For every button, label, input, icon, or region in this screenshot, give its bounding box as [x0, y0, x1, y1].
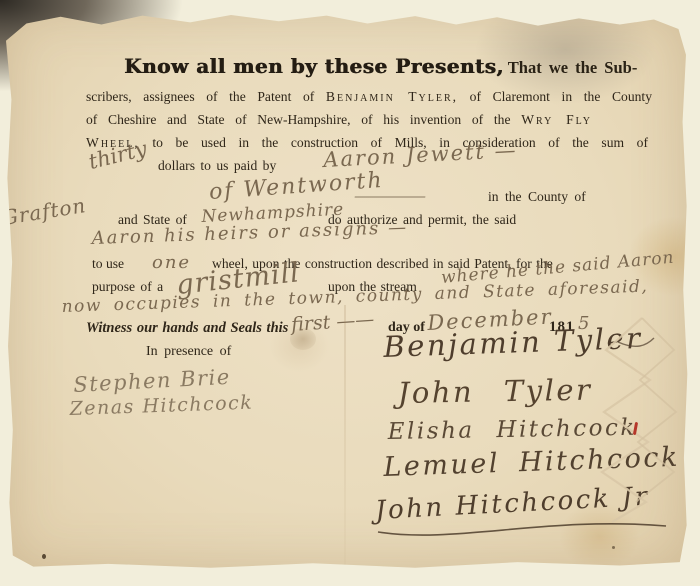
paper: Know all men by these Presents, That we … — [6, 10, 688, 570]
paper-speck — [612, 546, 615, 549]
heading-roman: That we the Sub- — [508, 58, 638, 77]
red-ink-mark — [633, 422, 638, 435]
printed-in-presence-of: In presence of — [146, 344, 231, 361]
signature-john-tyler: John Tyler — [397, 373, 592, 410]
patent-holder-name: Benjamin Tyler, — [326, 89, 458, 104]
handwritten-dash-fill: ————— — [354, 186, 424, 205]
fold-crease — [344, 305, 346, 567]
document-heading: Know all men by these Presents, That we … — [124, 54, 637, 78]
printed-line-2: scribers, assignees of the Patent of Ben… — [86, 89, 652, 105]
printed-county-of: in the County of — [488, 189, 586, 205]
handwritten-county: Grafton — [0, 193, 88, 230]
signature-lemuel-hitchcock: Lemuel Hitchcock — [383, 442, 680, 483]
document-scan: Know all men by these Presents, That we … — [0, 0, 700, 586]
signature-john-hitchcock-jr: John Hitchcock Jr — [374, 482, 650, 526]
heading-blackletter: Know all men by these Presents, — [124, 54, 504, 78]
printed-line-3: of Cheshire and State of New-Hampshire, … — [86, 112, 592, 128]
printed-line3-pre: of Cheshire and State of New-Hampshire, … — [86, 112, 511, 127]
printed-paid-by: dollars to us paid by — [158, 158, 276, 174]
signature-elisha-hitchcock: Elisha Hitchcock — [388, 415, 637, 445]
printed-witness-clause: Witness our hands and Seals this — [86, 320, 288, 337]
printed-line2-post: of Claremont in the County — [470, 89, 652, 104]
paper-speck — [42, 554, 46, 559]
witness-signature-zenas-hitchcock: Zenas Hitchcock — [69, 392, 253, 420]
ink-smudge — [290, 328, 316, 350]
printed-to-use: to use — [92, 256, 124, 272]
printed-line2-pre: scribers, assignees of the Patent of — [86, 89, 314, 104]
invention-name-part1: Wry Fly — [521, 112, 592, 127]
